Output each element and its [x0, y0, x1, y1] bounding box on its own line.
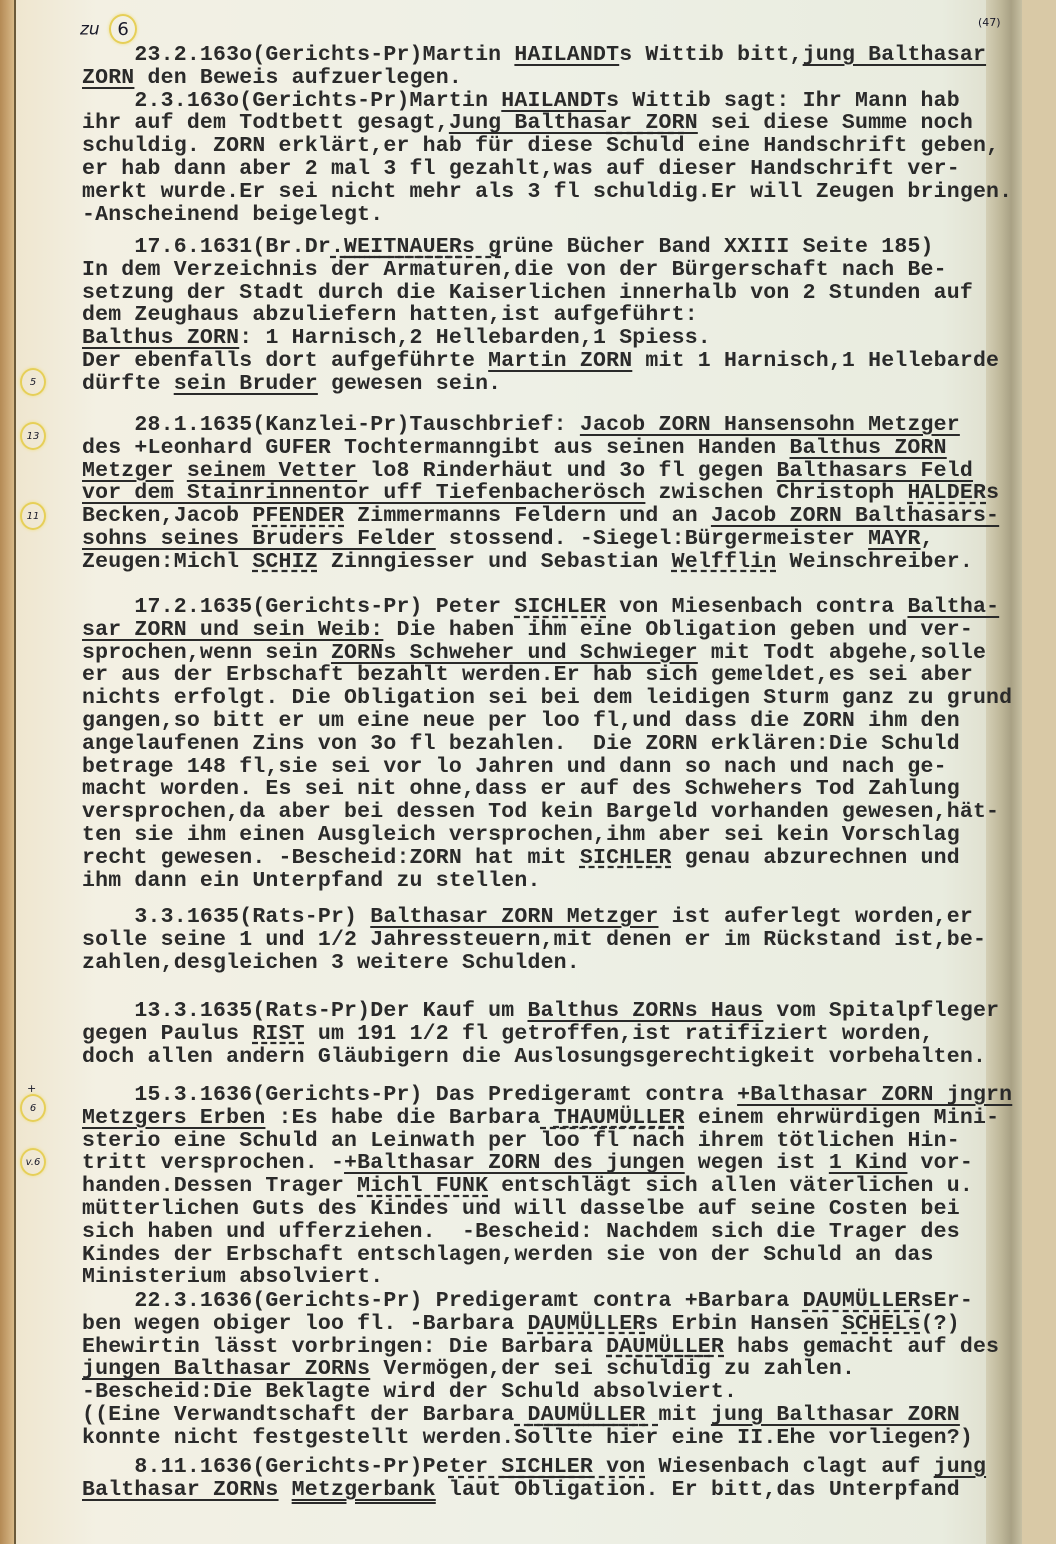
underlined-name: Baltha- [907, 595, 999, 619]
underlined-name: Jung Balthasar ZORN [449, 111, 698, 135]
text-line: Balthasar ZORNs Metzgerbank laut Obligat… [82, 1479, 986, 1502]
underlined-name: jungen Balthasar ZORNs [82, 1357, 370, 1381]
text-segment: dem Zeughaus abzuliefern hatten,ist aufg… [82, 303, 698, 327]
text-segment: lo8 Rinderhäut und 3o fl gegen [357, 459, 776, 483]
underlined-name: HAILANDT [501, 89, 606, 113]
text-segment: gangen,so bitt er um eine neue per loo f… [82, 709, 960, 733]
underlined-name: Metzgers Erben [82, 1106, 265, 1130]
circled-margin-number: 11 [20, 502, 46, 530]
text-line: In dem Verzeichnis der Armaturen,die von… [82, 259, 999, 282]
text-line: Ehewirtin lässt vorbringen: Die Barbara … [82, 1336, 999, 1359]
text-segment: schuldig. ZORN erklärt,er hab für diese [82, 134, 606, 158]
underlined-name: Sollte hier [514, 1426, 658, 1450]
underlined-name: seinem Vetter [187, 459, 357, 483]
underlined-name: Schuld [606, 134, 685, 158]
text-segment: . Er bitt,das Unterpfand [645, 1478, 959, 1502]
text-segment: ben wegen obiger loo fl. -Barbara [82, 1312, 527, 1336]
text-segment: von Wiesenbach clagt auf [593, 1455, 934, 1479]
text-line: tritt versprochen. -+Balthasar ZORN des … [82, 1152, 1012, 1175]
underlined-name: PFENDER [252, 504, 344, 528]
text-line: jungen Balthasar ZORNs Vermögen,der sei … [82, 1358, 999, 1381]
underlined-name: DAUMÜLLER [527, 1312, 645, 1336]
header-prefix: zu [80, 20, 100, 40]
underlined-name: MAYR [868, 527, 920, 551]
text-segment: ihm dann ein Unterpfand zu stellen. [82, 869, 541, 893]
circled-reference-number: 6 [109, 14, 137, 44]
text-line: ZORN den Beweis aufzuerlegen. [82, 67, 1012, 90]
underlined-name: Metzger [82, 459, 174, 483]
text-line: merkt wurde.Er sei nicht mehr als 3 fl s… [82, 181, 1012, 204]
text-segment: vor- [907, 1151, 973, 1175]
text-segment: Zeugen:Michl [82, 550, 252, 574]
underlined-name: DAUMÜLLER [527, 1403, 645, 1427]
text-segment: setzung der Stadt durch die Kaiserlichen… [82, 281, 973, 305]
underlined-name: HAILANDT [514, 43, 619, 67]
text-line: dem Zeughaus abzuliefern hatten,ist aufg… [82, 304, 999, 327]
underlined-name: HALDER [907, 481, 986, 505]
text-line: betrage 148 fl,sie sei vor lo Jahren und… [82, 756, 1012, 779]
text-segment: s Wittib sagt: Ihr Mann hab [606, 89, 960, 113]
text-segment: mit 1 Harnisch,1 Hellebarde [632, 349, 999, 373]
text-segment: Zimmermanns Feldern und an [344, 504, 711, 528]
text-segment: ist auferlegt worden,er [659, 905, 973, 929]
text-line: versprochen,da aber bei dessen Tod kein … [82, 801, 1012, 824]
circled-margin-number: v.6 [20, 1148, 46, 1176]
text-segment: solle seine 1 und 1/2 Jahressteuern,mit … [82, 928, 986, 952]
text-segment: dürfte [82, 372, 174, 396]
underlined-name: loo fl nach [541, 1129, 685, 1153]
text-segment: , [921, 527, 934, 551]
underlined-name: RIST [252, 1022, 304, 1046]
underlined-name: laut Obligation [449, 1478, 646, 1502]
text-segment: 28.1.1635(Kanzlei-Pr)Tauschbrief: [82, 413, 580, 437]
record-entry: 23.2.163o(Gerichts-Pr)Martin HAILANDTs W… [82, 44, 1012, 226]
page-number: (47) [978, 16, 1001, 29]
underlined-name: Balthasars Feld [776, 459, 973, 483]
text-segment: ihr auf dem Todtbett gesagt, [82, 111, 449, 135]
text-segment: eine II.Ehe vorliegen?) [659, 1426, 973, 1450]
text-segment: den Beweis aufzuerlegen. [134, 66, 462, 90]
underlined-name: Martin ZORN [488, 349, 632, 373]
text-segment: nichts erfolgt. Die Obligation sei bei d… [82, 686, 1012, 710]
text-line: er hab dann aber 2 mal 3 fl gezahlt,was … [82, 158, 1012, 181]
text-segment: sei diese Summe noch [698, 111, 973, 135]
text-line: dürfte sein Bruder gewesen sein. [82, 373, 999, 396]
text-segment: um 191 1/2 fl getroffen,ist ratifiziert … [305, 1022, 934, 1046]
underlined-name: Balthus ZORN [790, 436, 947, 460]
underlined-name: sohns seines Bruders Felder [82, 527, 436, 551]
text-segment: (?) [921, 1312, 960, 1336]
text-segment: stossend. -Siegel:Bürgermeister [436, 527, 868, 551]
text-line: recht gewesen. -Bescheid:ZORN hat mit SI… [82, 847, 1012, 870]
underlined-name: Jacob ZORN Balthasars- [711, 504, 999, 528]
text-line: 3.3.1635(Rats-Pr) Balthasar ZORN Metzger… [82, 906, 986, 929]
underlined-name: SICHLER [580, 846, 672, 870]
text-segment: 8.11.1636(Gerichts-Pr)Peter [82, 1455, 501, 1479]
text-line: sprochen,wenn sein ZORNs Schweher und Sc… [82, 642, 1012, 665]
text-line: gangen,so bitt er um eine neue per loo f… [82, 710, 1012, 733]
text-segment [436, 1478, 449, 1502]
underlined-name: DAUMÜLLER [606, 1335, 724, 1359]
text-segment: konnte nicht festgestellt werden. [82, 1426, 514, 1450]
text-segment: ten sie ihm einen Ausgleich versprochen,… [82, 823, 960, 847]
text-line: konnte nicht festgestellt werden.Sollte … [82, 1427, 999, 1450]
text-line: ((Eine Verwandtschaft der Barbara DAUMÜL… [82, 1404, 999, 1427]
text-line: zahlen,desgleichen 3 weitere Schulden. [82, 952, 986, 975]
text-line: ben wegen obiger loo fl. -Barbara DAUMÜL… [82, 1313, 999, 1336]
text-segment: zahlen,desgleichen 3 weitere Schulden. [82, 951, 580, 975]
text-segment: vom Spitalpfleger [763, 999, 999, 1023]
underlined-name: DAUMÜLLER [803, 1289, 921, 1313]
text-segment: macht worden. Es sei nit ohne,dass er au… [82, 777, 960, 801]
record-entry: 13.3.1635(Rats-Pr)Der Kauf um Balthus ZO… [82, 1000, 999, 1068]
text-line: Der ebenfalls dort aufgeführte Martin ZO… [82, 350, 999, 373]
text-segment: :Es habe die Barbara [265, 1106, 553, 1130]
underlined-name: vor dem Stainrinnentor uff Tiefenbacherö… [82, 481, 645, 505]
underlined-name: sar ZORN und sein Weib: [82, 618, 383, 642]
text-line: macht worden. Es sei nit ohne,dass er au… [82, 778, 1012, 801]
text-line: Kindes der Erbschaft entschlagen,werden … [82, 1244, 1012, 1267]
underlined-name: SICHLER [514, 595, 606, 619]
text-segment: versprochen,da aber bei dessen Tod kein … [82, 800, 999, 824]
text-line: des +Leonhard GUFER Tochtermanngibt aus … [82, 437, 999, 460]
book-page-edge [0, 0, 14, 1544]
text-line: 13.3.1635(Rats-Pr)Der Kauf um Balthus ZO… [82, 1000, 999, 1023]
text-line: 23.2.163o(Gerichts-Pr)Martin HAILANDTs W… [82, 44, 1012, 67]
underlined-name: SICHLER [501, 1455, 593, 1479]
text-line: Balthus ZORN: 1 Harnisch,2 Hellebarden,1… [82, 327, 999, 350]
text-segment: 13.3.1635(Rats-Pr)Der Kauf um [82, 999, 527, 1023]
underlined-name: Jacob ZORN Hansensohn Metzger [580, 413, 960, 437]
underlined-name: Balthasar ZORNs [82, 1478, 279, 1502]
text-line: Becken,Jacob PFENDER Zimmermanns Feldern… [82, 505, 999, 528]
text-segment: Kindes der Erbschaft entschlagen,werden … [82, 1243, 934, 1267]
text-segment: gegen Paulus [82, 1022, 252, 1046]
text-segment: Ehewirtin lässt vorbringen: Die Barbara [82, 1335, 606, 1359]
text-segment: : 1 Harnisch,2 Hellebarden,1 Spiess. [239, 326, 711, 350]
text-segment: merkt wurde.Er sei nicht mehr als 3 fl s… [82, 180, 1012, 204]
underlined-name: SCHELs [842, 1312, 921, 1336]
text-segment: tritt versprochen. - [82, 1151, 344, 1175]
record-entry: 3.3.1635(Rats-Pr) Balthasar ZORN Metzger… [82, 906, 986, 974]
record-entry: 22.3.1636(Gerichts-Pr) Predigeramt contr… [82, 1290, 999, 1450]
text-segment: wegen ist [685, 1151, 829, 1175]
text-segment [279, 1478, 292, 1502]
text-segment: habs gemacht auf des [724, 1335, 999, 1359]
text-segment: 17.2.1635(Gerichts-Pr) Peter [82, 595, 514, 619]
record-entry: 28.1.1635(Kanzlei-Pr)Tauschbrief: Jacob … [82, 414, 999, 574]
text-segment: -Anscheinend beigelegt. [82, 203, 383, 227]
text-line: sar ZORN und sein Weib: Die haben ihm ei… [82, 619, 1012, 642]
text-segment: 3.3.1635(Rats-Pr) [82, 905, 370, 929]
text-line: 15.3.1636(Gerichts-Pr) Das Predigeramt c… [82, 1084, 1012, 1107]
text-line: doch allen andern Gläubigern die Auslosu… [82, 1046, 999, 1069]
text-segment: 17.6.1631(Br.Dr. [82, 235, 344, 259]
text-segment: Der ebenfalls dort aufgeführte [82, 349, 488, 373]
underlined-name: 1 Kind [829, 1151, 908, 1175]
text-line: er aus der Erbschaft bezahlt werden.Er h… [82, 664, 1012, 687]
text-segment: Die haben ihm eine Obligation geben und … [383, 618, 973, 642]
text-line: gegen Paulus RIST um 191 1/2 fl getroffe… [82, 1023, 999, 1046]
text-line: vor dem Stainrinnentor uff Tiefenbacherö… [82, 482, 999, 505]
underlined-name: Michl FUNK [357, 1174, 488, 1198]
text-line: ten sie ihm einen Ausgleich versprochen,… [82, 824, 1012, 847]
text-segment: 22.3.1636(Gerichts-Pr) Predigeramt contr… [82, 1289, 803, 1313]
text-line: handen.Dessen Trager Michl FUNK entschlä… [82, 1175, 1012, 1198]
circled-margin-number: 13 [20, 422, 46, 450]
underlined-name: SCHIZ [252, 550, 318, 574]
underlined-name: jung [934, 1455, 986, 1479]
text-line: Zeugen:Michl SCHIZ Zinngiesser und Sebas… [82, 551, 999, 574]
text-segment: Weinschreiber. [776, 550, 973, 574]
text-segment: gewesen sein. [318, 372, 501, 396]
text-segment: des +Leonhard GUFER Tochtermanngibt aus … [82, 436, 790, 460]
underlined-name: ZORN [82, 66, 134, 90]
text-line: ihr auf dem Todtbett gesagt,Jung Balthas… [82, 112, 1012, 135]
circled-margin-number: 6 [20, 1094, 46, 1122]
underlined-name: Balthus ZORN [82, 326, 239, 350]
text-segment: 15.3.1636(Gerichts-Pr) Das Predigeramt c… [82, 1083, 737, 1107]
text-segment [174, 459, 187, 483]
record-entry: 15.3.1636(Gerichts-Pr) Das Predigeramt c… [82, 1084, 1012, 1289]
text-line: 2.3.163o(Gerichts-Pr)Martin HAILANDTs Wi… [82, 90, 1012, 113]
text-segment: sprochen,wenn sein [82, 641, 331, 665]
underlined-name: WEITNAUER [344, 235, 462, 259]
text-line: Metzger seinem Vetter lo8 Rinderhäut und… [82, 460, 999, 483]
text-segment: sich haben und ufferziehen. -Bescheid: N… [82, 1220, 960, 1244]
text-segment: von Miesenbach contra [606, 595, 907, 619]
underlined-name: Welfflin [672, 550, 777, 574]
text-segment: 23.2.163o(Gerichts-Pr)Martin [82, 43, 514, 67]
text-segment: sterio eine Schuld an Leinwath per [82, 1129, 541, 1153]
text-line: 17.6.1631(Br.Dr.WEITNAUERs grüne Bücher … [82, 236, 999, 259]
text-segment: Becken,Jacob [82, 504, 252, 528]
page-header: zu 6 [80, 14, 137, 44]
text-segment: betrage 148 fl,sie sei vor lo Jahren und… [82, 755, 947, 779]
text-segment: mütterlichen Guts des Kindes und will da… [82, 1197, 960, 1221]
text-segment: genau abzurechnen und [672, 846, 960, 870]
text-segment: zwischen Christoph [645, 481, 907, 505]
underlined-name: Balthus ZORNs Haus [527, 999, 763, 1023]
text-line: schuldig. ZORN erklärt,er hab für diese … [82, 135, 1012, 158]
text-segment: s Wittib bitt, [619, 43, 802, 67]
underlined-name: Balthasar ZORN Metzger [370, 905, 658, 929]
underlined-name: +Balthasar ZORN jngrn [737, 1083, 1012, 1107]
text-line: setzung der Stadt durch die Kaiserlichen… [82, 282, 999, 305]
text-segment: ihrem tötlichen Hin- [685, 1129, 960, 1153]
text-segment: handen.Dessen Trager [82, 1174, 357, 1198]
text-segment: angelaufenen Zins von 3o fl bezahlen. Di… [82, 732, 960, 756]
text-segment: ,die von der Bürgerschaft nach Be- [501, 258, 946, 282]
text-line: 22.3.1636(Gerichts-Pr) Predigeramt contr… [82, 1290, 999, 1313]
text-segment: Ministerium absolviert. [82, 1265, 383, 1289]
record-entry: 8.11.1636(Gerichts-Pr)Peter SICHLER von … [82, 1456, 986, 1502]
underlined-name: sein Bruder [174, 372, 318, 396]
text-line: angelaufenen Zins von 3o fl bezahlen. Di… [82, 733, 1012, 756]
text-line: sohns seines Bruders Felder stossend. -S… [82, 528, 999, 551]
text-line: ihm dann ein Unterpfand zu stellen. [82, 870, 1012, 893]
text-line: solle seine 1 und 1/2 Jahressteuern,mit … [82, 929, 986, 952]
text-line: -Bescheid:Die Beklagte wird der Schuld a… [82, 1381, 999, 1404]
underlined-name: der Armaturen [331, 258, 501, 282]
text-segment: s [986, 481, 999, 505]
text-line: Metzgers Erben :Es habe die Barbara THAU… [82, 1107, 1012, 1130]
text-segment: Vermögen,der sei [370, 1357, 606, 1381]
underlined-name: ZORNs Schweher und Schwieger [331, 641, 698, 665]
underlined-name: jung Balthasar [803, 43, 986, 67]
text-segment: doch allen andern Gläubigern die Auslosu… [82, 1045, 986, 1069]
text-segment: In dem Verzeichnis [82, 258, 331, 282]
text-segment: er aus der Erbschaft bezahlt werden.Er h… [82, 663, 973, 687]
record-entry: 17.2.1635(Gerichts-Pr) Peter SICHLER von… [82, 596, 1012, 892]
text-segment: s grüne Bücher Band XXIII Seite 185) [462, 235, 934, 259]
underlined-name: Metzgerbank [292, 1478, 436, 1502]
text-line: 8.11.1636(Gerichts-Pr)Peter SICHLER von … [82, 1456, 986, 1479]
text-segment: er hab dann aber 2 mal 3 fl gezahlt,was … [82, 157, 960, 181]
text-line: -Anscheinend beigelegt. [82, 204, 1012, 227]
text-segment: zu zahlen. [711, 1357, 855, 1381]
text-segment: s Erbin Hansen [645, 1312, 842, 1336]
text-segment: Zinngiesser und Sebastian [318, 550, 672, 574]
underlined-name: schuldig [606, 1357, 711, 1381]
text-line: nichts erfolgt. Die Obligation sei bei d… [82, 687, 1012, 710]
text-line: 28.1.1635(Kanzlei-Pr)Tauschbrief: Jacob … [82, 414, 999, 437]
text-segment: einem ehrwürdigen Mini- [685, 1106, 999, 1130]
underlined-name: +Balthasar ZORN des jungen [344, 1151, 685, 1175]
text-segment: sEr- [921, 1289, 973, 1313]
text-segment: 2.3.163o(Gerichts-Pr)Martin [82, 89, 501, 113]
text-segment: -Bescheid:Die Beklagte wird der Schuld a… [82, 1380, 737, 1404]
text-segment: entschlägt sich allen väterlichen u. [488, 1174, 973, 1198]
text-segment: eine Handschrift geben, [685, 134, 999, 158]
text-line: sterio eine Schuld an Leinwath per loo f… [82, 1130, 1012, 1153]
text-line: sich haben und ufferziehen. -Bescheid: N… [82, 1221, 1012, 1244]
text-segment: mit [645, 1403, 711, 1427]
text-segment: ((Eine Verwandtschaft der Barbara [82, 1403, 527, 1427]
text-line: 17.2.1635(Gerichts-Pr) Peter SICHLER von… [82, 596, 1012, 619]
record-entry: 17.6.1631(Br.Dr.WEITNAUERs grüne Bücher … [82, 236, 999, 396]
text-segment: recht gewesen. -Bescheid:ZORN hat mit [82, 846, 580, 870]
text-line: mütterlichen Guts des Kindes und will da… [82, 1198, 1012, 1221]
circled-margin-number: 5 [20, 368, 46, 396]
text-line: Ministerium absolviert. [82, 1266, 1012, 1289]
text-segment: mit Todt abgehe,solle [698, 641, 986, 665]
underlined-name: jung Balthasar ZORN [711, 1403, 960, 1427]
underlined-name: THAUMÜLLER [554, 1106, 685, 1130]
